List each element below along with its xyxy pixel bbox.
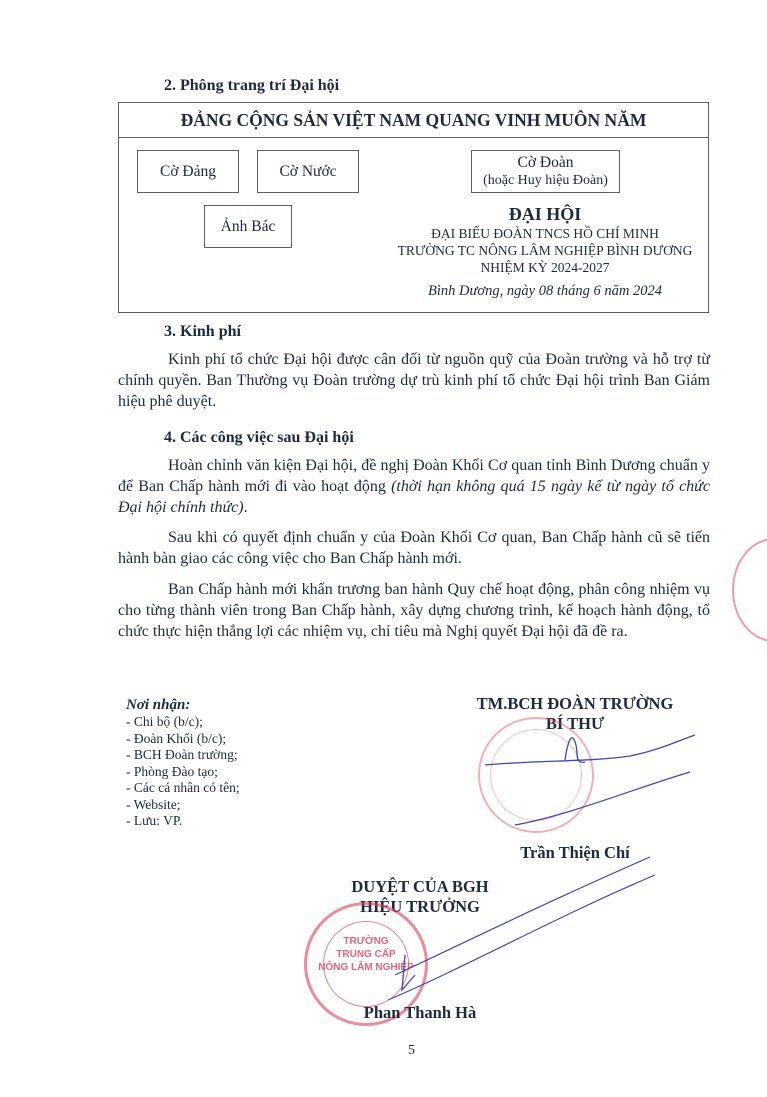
party-flag-label: Cờ Đảng [160, 163, 216, 180]
box-uncle-ho-portrait: Ảnh Bác [204, 205, 292, 248]
section-4-paragraph-3: Ban Chấp hành mới khẩn trương ban hành Q… [118, 579, 710, 642]
recipients-block: Nơi nhận: - Chi bộ (b/c); - Đoàn Khối (b… [126, 696, 240, 830]
section-3-paragraph: Kinh phí tổ chức Đại hội được cân đối từ… [118, 349, 710, 412]
section-2-heading: 2. Phông trang trí Đại hội [164, 77, 339, 95]
page-number: 5 [408, 1043, 415, 1059]
bch-signature-header: TM.BCH ĐOÀN TRƯỜNG BÍ THƯ [455, 694, 695, 734]
bgh-signature-stroke [380, 855, 660, 1005]
recipients-title: Nơi nhận: [126, 696, 240, 714]
section-4-paragraph-1: Hoàn chỉnh văn kiện Đại hội, đề nghị Đoà… [118, 455, 710, 518]
p1-end: . [244, 499, 248, 516]
banner-slogan: ĐẢNG CỘNG SẢN VIỆT NAM QUANG VINH MUÔN N… [119, 103, 708, 138]
section-4-paragraph-2: Sau khi có quyết định chuẩn y của Đoàn K… [118, 527, 710, 569]
recipient-item: - BCH Đoàn trường; [126, 747, 240, 764]
place-date: Bình Dương, ngày 08 tháng 6 năm 2024 [387, 282, 703, 300]
decoration-layout-diagram: ĐẢNG CỘNG SẢN VIỆT NAM QUANG VINH MUÔN N… [118, 102, 709, 313]
section-3-heading: 3. Kinh phí [164, 323, 241, 341]
recipient-item: - Các cá nhân có tên; [126, 780, 240, 797]
congress-title: ĐẠI HỘI [387, 203, 703, 225]
congress-line-3: NHIỆM KỲ 2024-2027 [387, 259, 703, 276]
congress-line-2: TRƯỜNG TC NÔNG LÂM NGHIỆP BÌNH DƯƠNG [387, 242, 703, 259]
union-flag-note: (hoặc Huy hiệu Đoàn) [472, 172, 619, 190]
box-party-flag: Cờ Đảng [137, 150, 239, 193]
congress-title-block: ĐẠI HỘI ĐẠI BIỂU ĐOÀN TNCS HỒ CHÍ MINH T… [387, 203, 703, 300]
congress-line-1: ĐẠI BIỂU ĐOÀN TNCS HỒ CHÍ MINH [387, 225, 703, 242]
union-flag-label: Cờ Đoàn [472, 154, 619, 172]
section-4-heading: 4. Các công việc sau Đại hội [164, 429, 354, 447]
national-flag-label: Cờ Nước [279, 163, 336, 180]
recipient-item: - Lưu: VP. [126, 813, 240, 830]
recipient-item: - Website; [126, 797, 240, 814]
recipient-item: - Phòng Đào tạo; [126, 764, 240, 781]
recipient-item: - Chi bộ (b/c); [126, 714, 240, 731]
bch-org: TM.BCH ĐOÀN TRƯỜNG [455, 694, 695, 714]
bch-signature-stroke [480, 730, 700, 840]
partial-stamp-edge [732, 538, 767, 642]
box-union-flag: Cờ Đoàn (hoặc Huy hiệu Đoàn) [471, 150, 620, 193]
uncle-ho-portrait-label: Ảnh Bác [221, 218, 276, 235]
recipient-item: - Đoàn Khối (b/c); [126, 731, 240, 748]
bgh-signer-name: Phan Thanh Hà [300, 1003, 540, 1023]
box-national-flag: Cờ Nước [257, 150, 359, 193]
